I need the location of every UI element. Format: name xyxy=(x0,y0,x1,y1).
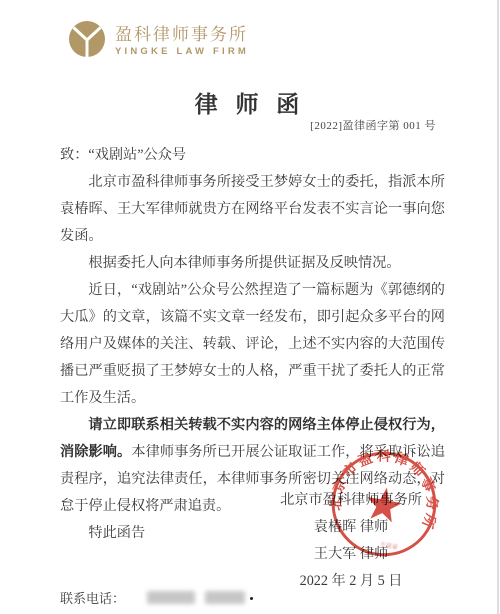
firm-name-chinese: 盈科律师事务所 xyxy=(115,25,249,45)
signature-lawyer-1: 袁椿晖 律师 xyxy=(280,514,422,541)
firm-name-english: YINGKE LAW FIRM xyxy=(115,47,249,58)
contact-line: 联系电话： xyxy=(60,588,245,607)
redacted-phone-part-2 xyxy=(205,591,245,604)
document-reference-number: [2022]盈律函字第 001 号 xyxy=(310,117,436,133)
lawyer-letter-document: { "header": { "firm_name_cn": "盈科律师事务所",… xyxy=(0,0,500,614)
firm-logo: 盈科律师事务所 YINGKE LAW FIRM xyxy=(68,20,249,63)
redacted-phone-part-1 xyxy=(147,591,195,604)
paragraph-commission: 北京市盈科律师事务所接受王梦婷女士的委托，指派本所袁椿晖、王大军律师就贵方在网络… xyxy=(60,169,445,250)
contact-phone-label: 联系电话： xyxy=(60,588,125,607)
letter-title: 律 师 函 xyxy=(0,86,500,119)
signature-block: 北京市盈科律师事务所 袁椿晖 律师 王大军 律师 2022 年 2 月 5 日 xyxy=(280,487,422,595)
yingke-logo-icon xyxy=(68,20,106,63)
salutation-line: 致：“戏剧站”公众号 xyxy=(60,142,445,169)
scan-artifact-dot xyxy=(250,597,253,600)
paragraph-evidence: 根据委托人向本律师事务所提供证据及反映情况。 xyxy=(60,250,445,277)
signature-date: 2022 年 2 月 5 日 xyxy=(280,568,422,595)
signature-lawyer-2: 王大军 律师 xyxy=(280,541,422,568)
signature-firm-name: 北京市盈科律师事务所 xyxy=(280,487,422,514)
paragraph-infringement: 近日，“戏剧站”公众号公然捏造了一篇标题为《郭德纲的大瓜》的文章，该篇不实文章一… xyxy=(60,277,445,412)
